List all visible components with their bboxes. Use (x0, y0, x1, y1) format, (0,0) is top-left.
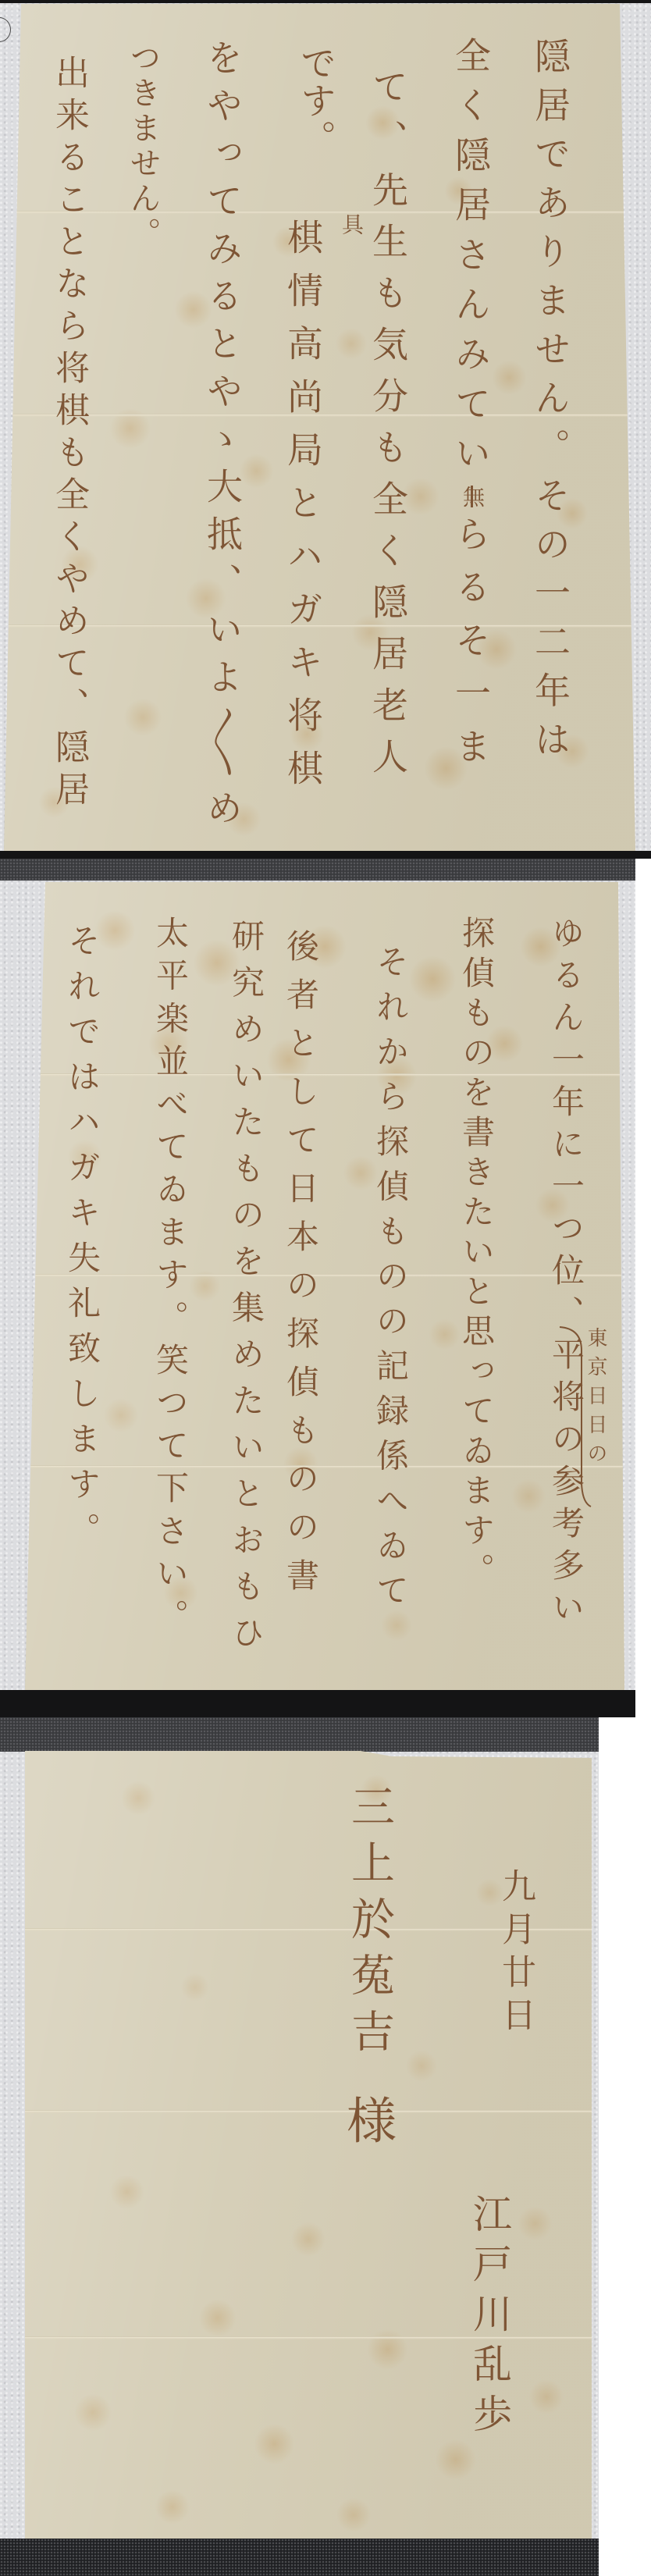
letter-column: 太平楽並べてゐます。笑つて下さい。 (154, 916, 187, 1642)
letter-column: 全く隠居さんみてい (453, 37, 489, 484)
letter-sheet-1: 隠居でありません。その一二年は 全く隠居さんみてい 無 らるそ一ま て、先生も気… (4, 4, 635, 853)
bottom-backdrop-band (0, 2539, 599, 2576)
letter-column: です。 (298, 44, 334, 157)
struck-out-character: 無 (461, 486, 483, 507)
photo-page-3: 九月廿日 三上於菟吉 様 江戸川乱歩 (0, 1717, 599, 2576)
letter-column: 出来ることなら将棋も全くやめて、隠居 (52, 55, 86, 813)
bottom-shadow-band (0, 851, 651, 859)
letter-column: それではハガキ失礼致します。 (66, 923, 98, 1557)
letter-column: 棋情高尚局とハガキ将棋 (285, 219, 321, 802)
photo-page-1: 隠居でありません。その一二年は 全く隠居さんみてい 無 らるそ一ま て、先生も気… (0, 0, 651, 859)
letter-column: をやってみるとやゝ大抵、いよ〱め (205, 39, 240, 837)
top-shadow-band (0, 0, 651, 3)
sender-name: 江戸川乱歩 (470, 2194, 509, 2443)
letter-column: 探偵ものを書きたいと思ってゐます。 (460, 916, 493, 1592)
bottom-shadow-band (0, 1690, 635, 1717)
letter-date: 九月廿日 (498, 1868, 532, 2040)
letter-column: 研究めいたものを集めたいとおもひ (229, 919, 262, 1662)
letter-column: つきません。 (127, 41, 158, 252)
interlinear-insert: 具 (340, 213, 362, 235)
letter-column: 隠居でありません。その一二年は (532, 37, 568, 770)
fold-crease (25, 2110, 592, 2113)
dark-backdrop-band (0, 1717, 599, 1752)
letter-column: 後者として日本の探偵ものの書 (284, 929, 317, 1606)
photo-page-2: ゆるん一年に一つ位、平将の参考多い 東京日日の 探偵ものを書きたいと思ってゐます… (0, 859, 635, 1717)
letter-column: らるそ一ま (453, 515, 489, 781)
page-number-circle-mark (0, 17, 11, 42)
letter-sheet-2: ゆるん一年に一つ位、平将の参考多い 東京日日の 探偵ものを書きたいと思ってゐます… (25, 882, 624, 1690)
dark-backdrop-band (0, 859, 635, 881)
letter-sheet-3-address: 九月廿日 三上於菟吉 様 江戸川乱歩 (25, 1751, 592, 2539)
letter-column: て、先生も気分も全く隠居老人 (370, 68, 406, 789)
recipient-honorific: 様 (342, 2094, 392, 2144)
letter-column: それから探偵ものの記録係へゐて (374, 945, 407, 1618)
insert-bracket-icon (25, 882, 624, 1690)
recipient-name: 三上於菟吉 (347, 1784, 391, 2065)
